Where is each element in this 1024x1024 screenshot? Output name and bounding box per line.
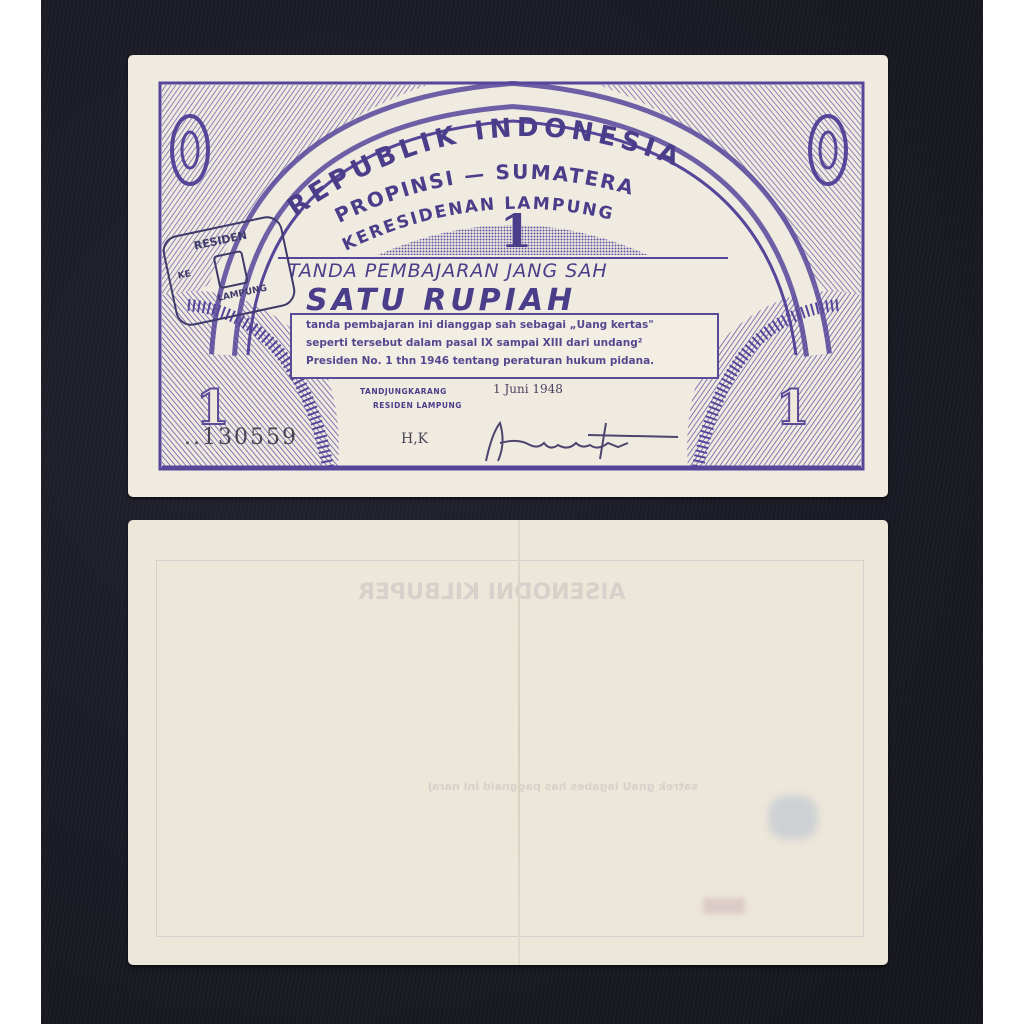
show-through-legal-text: satrek gnaU iagabes has paggnaid ini nar… xyxy=(428,780,698,793)
serial-number: ..130559 xyxy=(184,425,298,450)
blue-stain xyxy=(768,795,818,840)
stamp-text-left: KE xyxy=(177,269,192,282)
issue-date: 1 Juni 1948 xyxy=(493,382,563,396)
issuer-title: RESIDEN LAMPUNG xyxy=(373,401,462,410)
stamp-emblem-icon xyxy=(213,250,249,289)
legal-text-line-2: seperti tersebut dalam pasal IX sampai X… xyxy=(306,337,642,349)
legal-text-line-1: tanda pembajaran ini dianggap sah sebaga… xyxy=(306,319,654,331)
signature-mark xyxy=(478,413,688,468)
payment-note-subtitle: TANDA PEMBAJARAN JANG SAH xyxy=(288,260,608,282)
show-through-title: AISENODNI KILBUPER xyxy=(358,580,626,605)
show-through-frame xyxy=(156,560,864,937)
stamp-text-top: RESIDEN xyxy=(193,229,248,253)
legal-text-box: tanda pembajaran ini dianggap sah sebaga… xyxy=(290,313,719,379)
corner-numeral-right: 1 xyxy=(776,380,809,436)
series-code: H,K xyxy=(401,431,428,447)
banknote-front: 1 REPUBLIK INDONESIA PROPINSI — SUMATERA… xyxy=(128,55,888,497)
legal-text-line-3: Presiden No. 1 thn 1946 tentang peratura… xyxy=(306,355,654,367)
pink-stain xyxy=(703,898,745,914)
banknote-back: AISENODNI KILBUPER satrek gnaU iagabes h… xyxy=(128,520,888,965)
paper-crease xyxy=(518,520,520,965)
issue-place: TANDJUNGKARANG xyxy=(360,387,447,396)
